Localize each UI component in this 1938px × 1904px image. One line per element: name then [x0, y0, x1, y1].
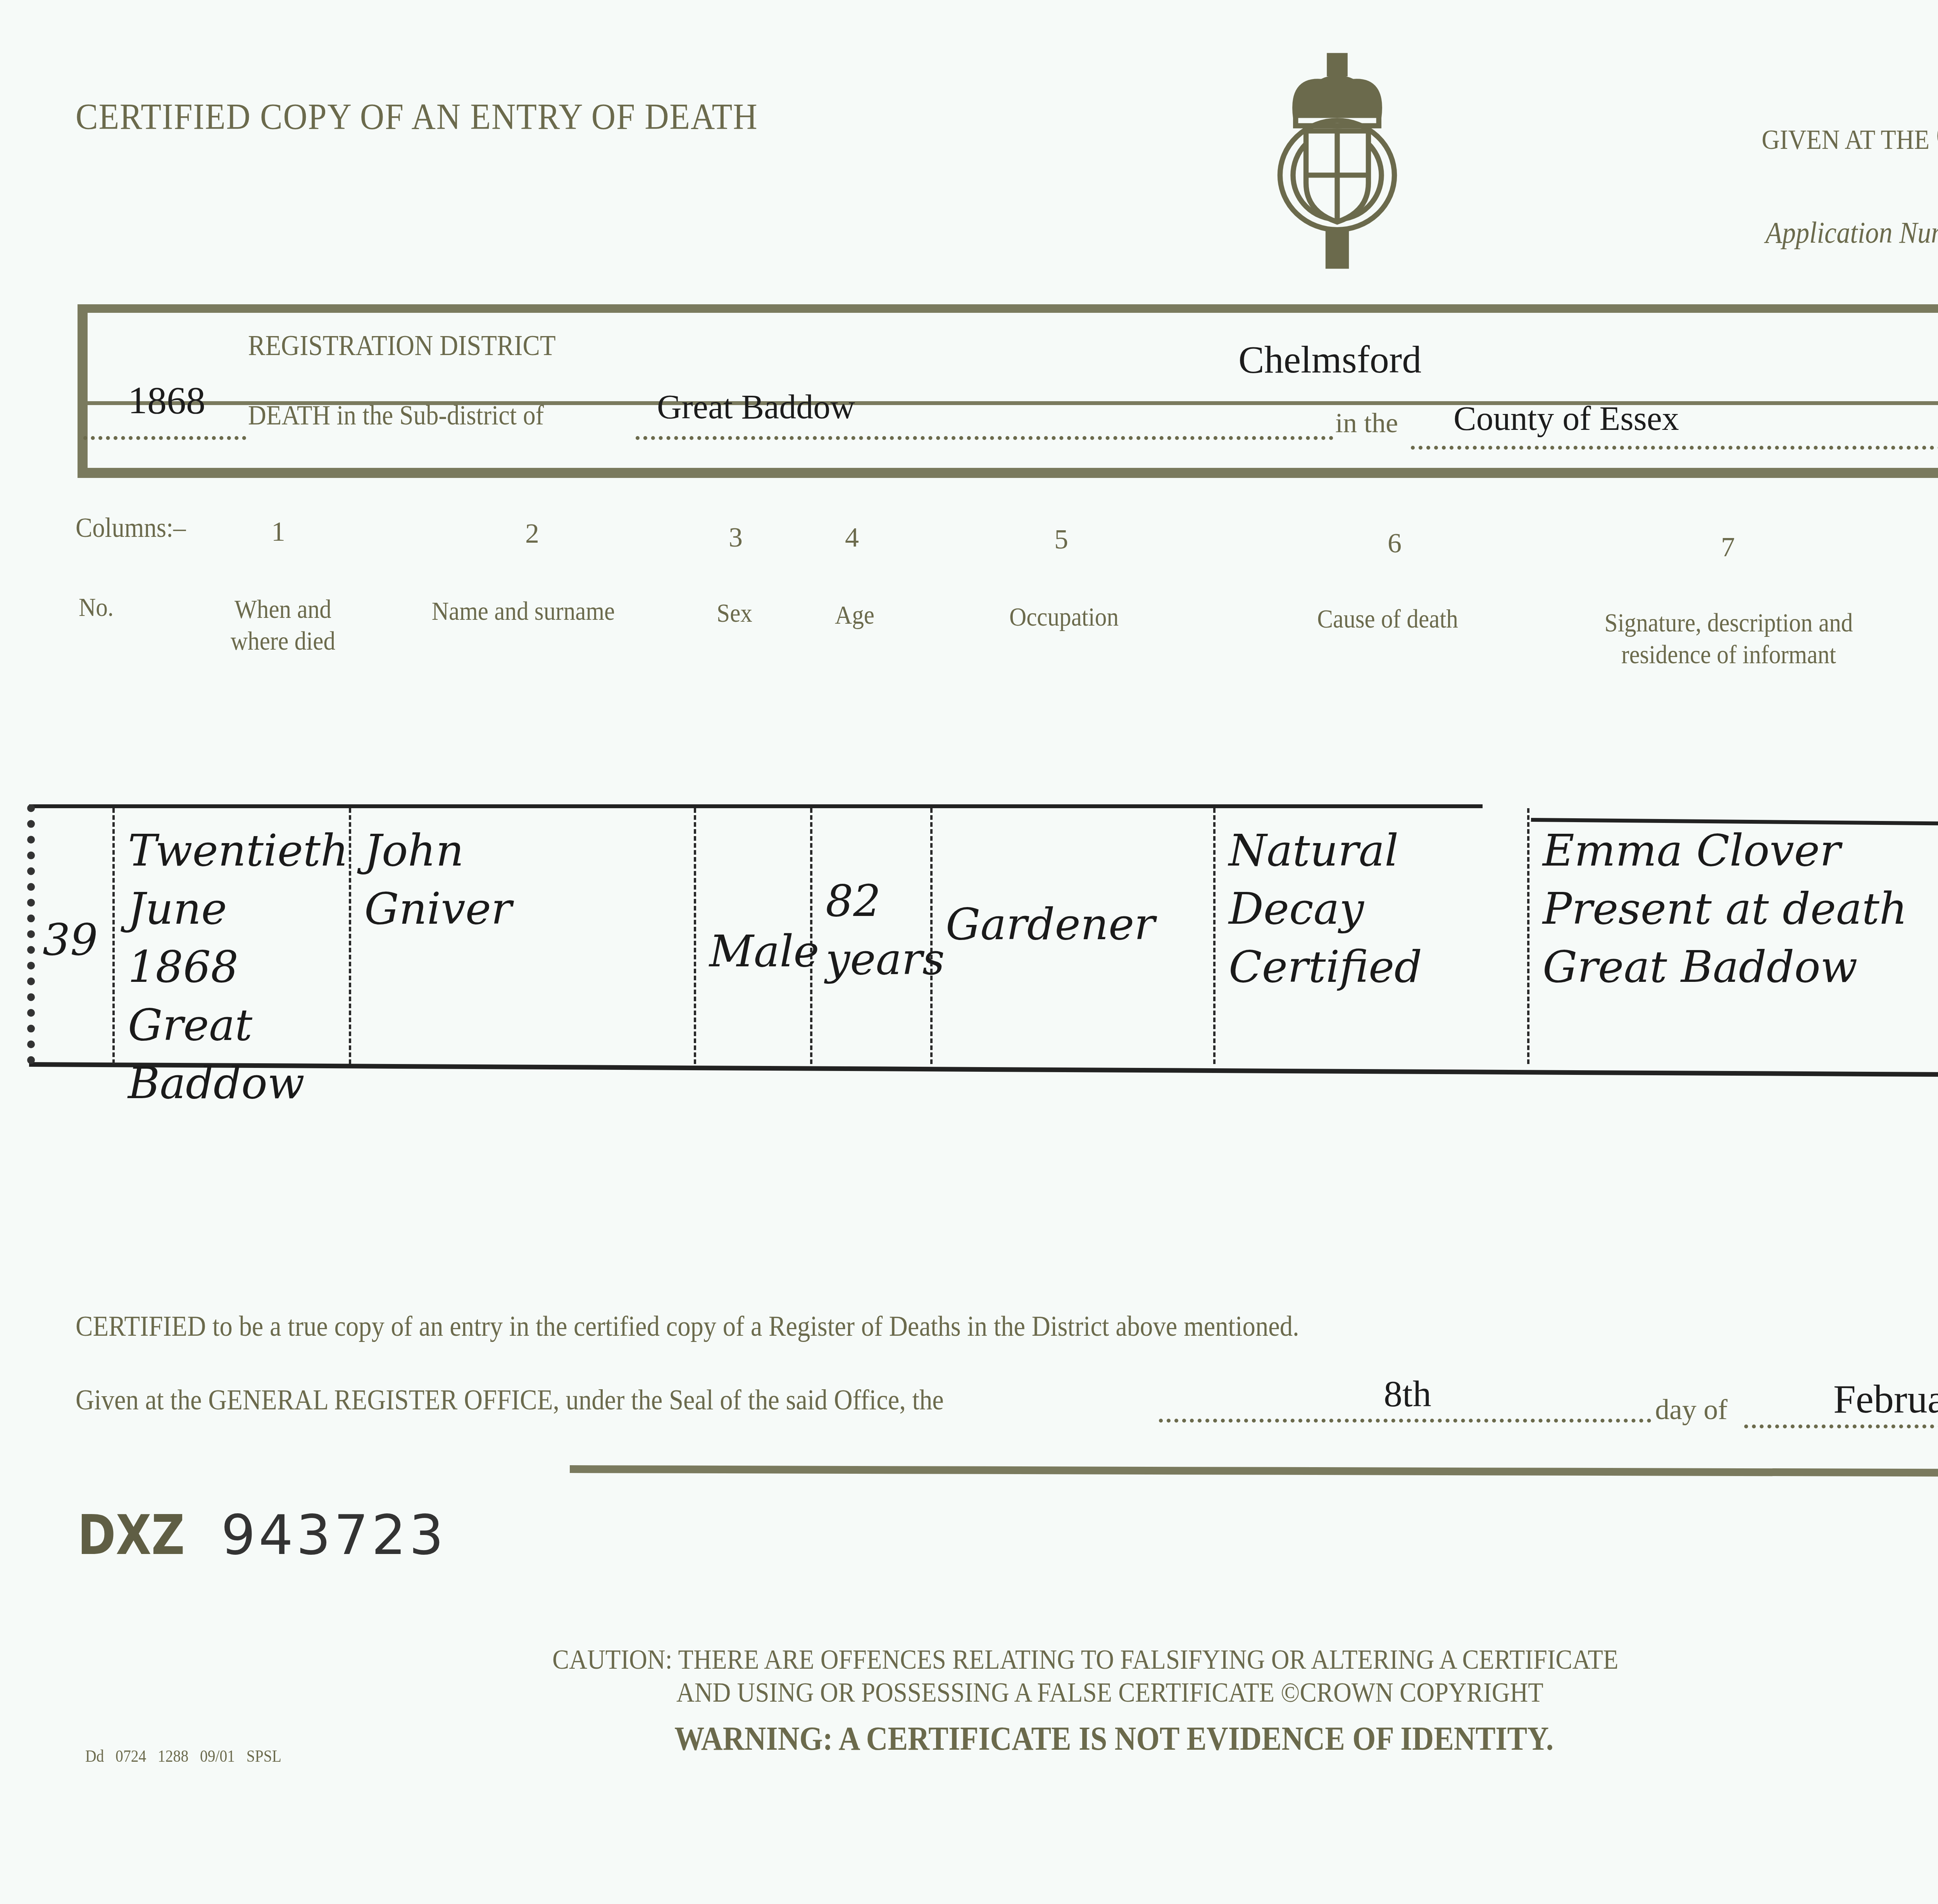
- column-number-7: 7: [1721, 531, 1735, 563]
- column-header-4: Sex: [709, 597, 761, 629]
- column-number-2: 2: [525, 517, 539, 550]
- county-value: County of Essex: [1453, 399, 1679, 438]
- entry-age: 82 years: [814, 808, 933, 1064]
- dotted-line: [636, 436, 1333, 440]
- registration-district-label: REGISTRATION DISTRICT: [248, 329, 556, 362]
- in-the-label: in the: [1335, 407, 1398, 439]
- entry-no: 39: [31, 808, 115, 1064]
- day-of-label: day of: [1655, 1394, 1728, 1426]
- given-under-seal-text: Given at the GENERAL REGISTER OFFICE, un…: [76, 1384, 944, 1417]
- given-office-text: GENERAL REGISTER OFFICE: [1936, 113, 1938, 158]
- subdistrict-value: Great Baddow: [657, 388, 855, 427]
- column-header-5: Age: [829, 599, 881, 631]
- death-subdistrict-label: DEATH in the Sub-district of: [248, 399, 544, 431]
- entry-when-where: Twentieth June 1868 Great Baddow: [116, 808, 351, 1064]
- death-year: 1868: [128, 378, 205, 423]
- entry-top-border: [29, 804, 1483, 808]
- signature-rule: [570, 1465, 1938, 1478]
- column-header-8: Signature, description and residence of …: [1568, 607, 1889, 670]
- column-number-4: 4: [845, 521, 859, 554]
- entry-name: John Gniver: [353, 808, 696, 1064]
- column-header-2: When and where died: [224, 593, 342, 657]
- dotted-line: [1744, 1425, 1938, 1428]
- caution-line-1: CAUTION: THERE ARE OFFENCES RELATING TO …: [552, 1644, 1618, 1676]
- certification-statement: CERTIFIED to be a true copy of an entry …: [76, 1310, 1299, 1343]
- royal-crest-icon: [1271, 50, 1403, 271]
- serial-number: 943723: [221, 1504, 447, 1567]
- dotted-line: [83, 436, 246, 440]
- serial-prefix: DXZ: [78, 1504, 185, 1567]
- given-at-gro: GIVEN AT THE GENERAL REGISTER OFFICE: [1762, 112, 1938, 159]
- entry-cause: Natural Decay Certified: [1217, 808, 1529, 1064]
- column-number-6: 6: [1388, 527, 1402, 559]
- column-header-6: Occupation: [989, 601, 1139, 633]
- print-code: Dd 0724 1288 09/01 SPSL: [85, 1746, 281, 1766]
- issue-month: February: [1833, 1376, 1938, 1422]
- column-header-7: Cause of death: [1300, 603, 1475, 635]
- column-number-3: 3: [729, 521, 743, 554]
- identity-warning: WARNING: A CERTIFICATE IS NOT EVIDENCE O…: [674, 1719, 1554, 1758]
- column-header-1: No.: [79, 591, 134, 623]
- caution-line-2: AND USING OR POSSESSING A FALSE CERTIFIC…: [676, 1676, 1543, 1709]
- registration-district-value: Chelmsford: [1238, 337, 1421, 382]
- application-number-label: Application Number: [1766, 215, 1938, 250]
- entry-occupation: Gardener: [934, 808, 1216, 1064]
- column-header-3: Name and surname: [429, 595, 617, 627]
- entry-sex: Male: [698, 808, 812, 1064]
- dotted-line: [1411, 446, 1938, 450]
- dotted-line: [1159, 1419, 1651, 1423]
- certificate-serial: DXZ 943723: [78, 1504, 447, 1567]
- column-number-1: 1: [271, 516, 285, 548]
- issue-day: 8th: [1384, 1372, 1431, 1415]
- given-small-text: GIVEN AT THE: [1762, 124, 1929, 155]
- column-number-5: 5: [1054, 523, 1068, 555]
- certificate-title: CERTIFIED COPY OF AN ENTRY OF DEATH: [76, 95, 758, 138]
- columns-label: Columns:–: [76, 512, 186, 544]
- entry-informant: Emma Clover Present at death Great Baddo…: [1531, 808, 1938, 1064]
